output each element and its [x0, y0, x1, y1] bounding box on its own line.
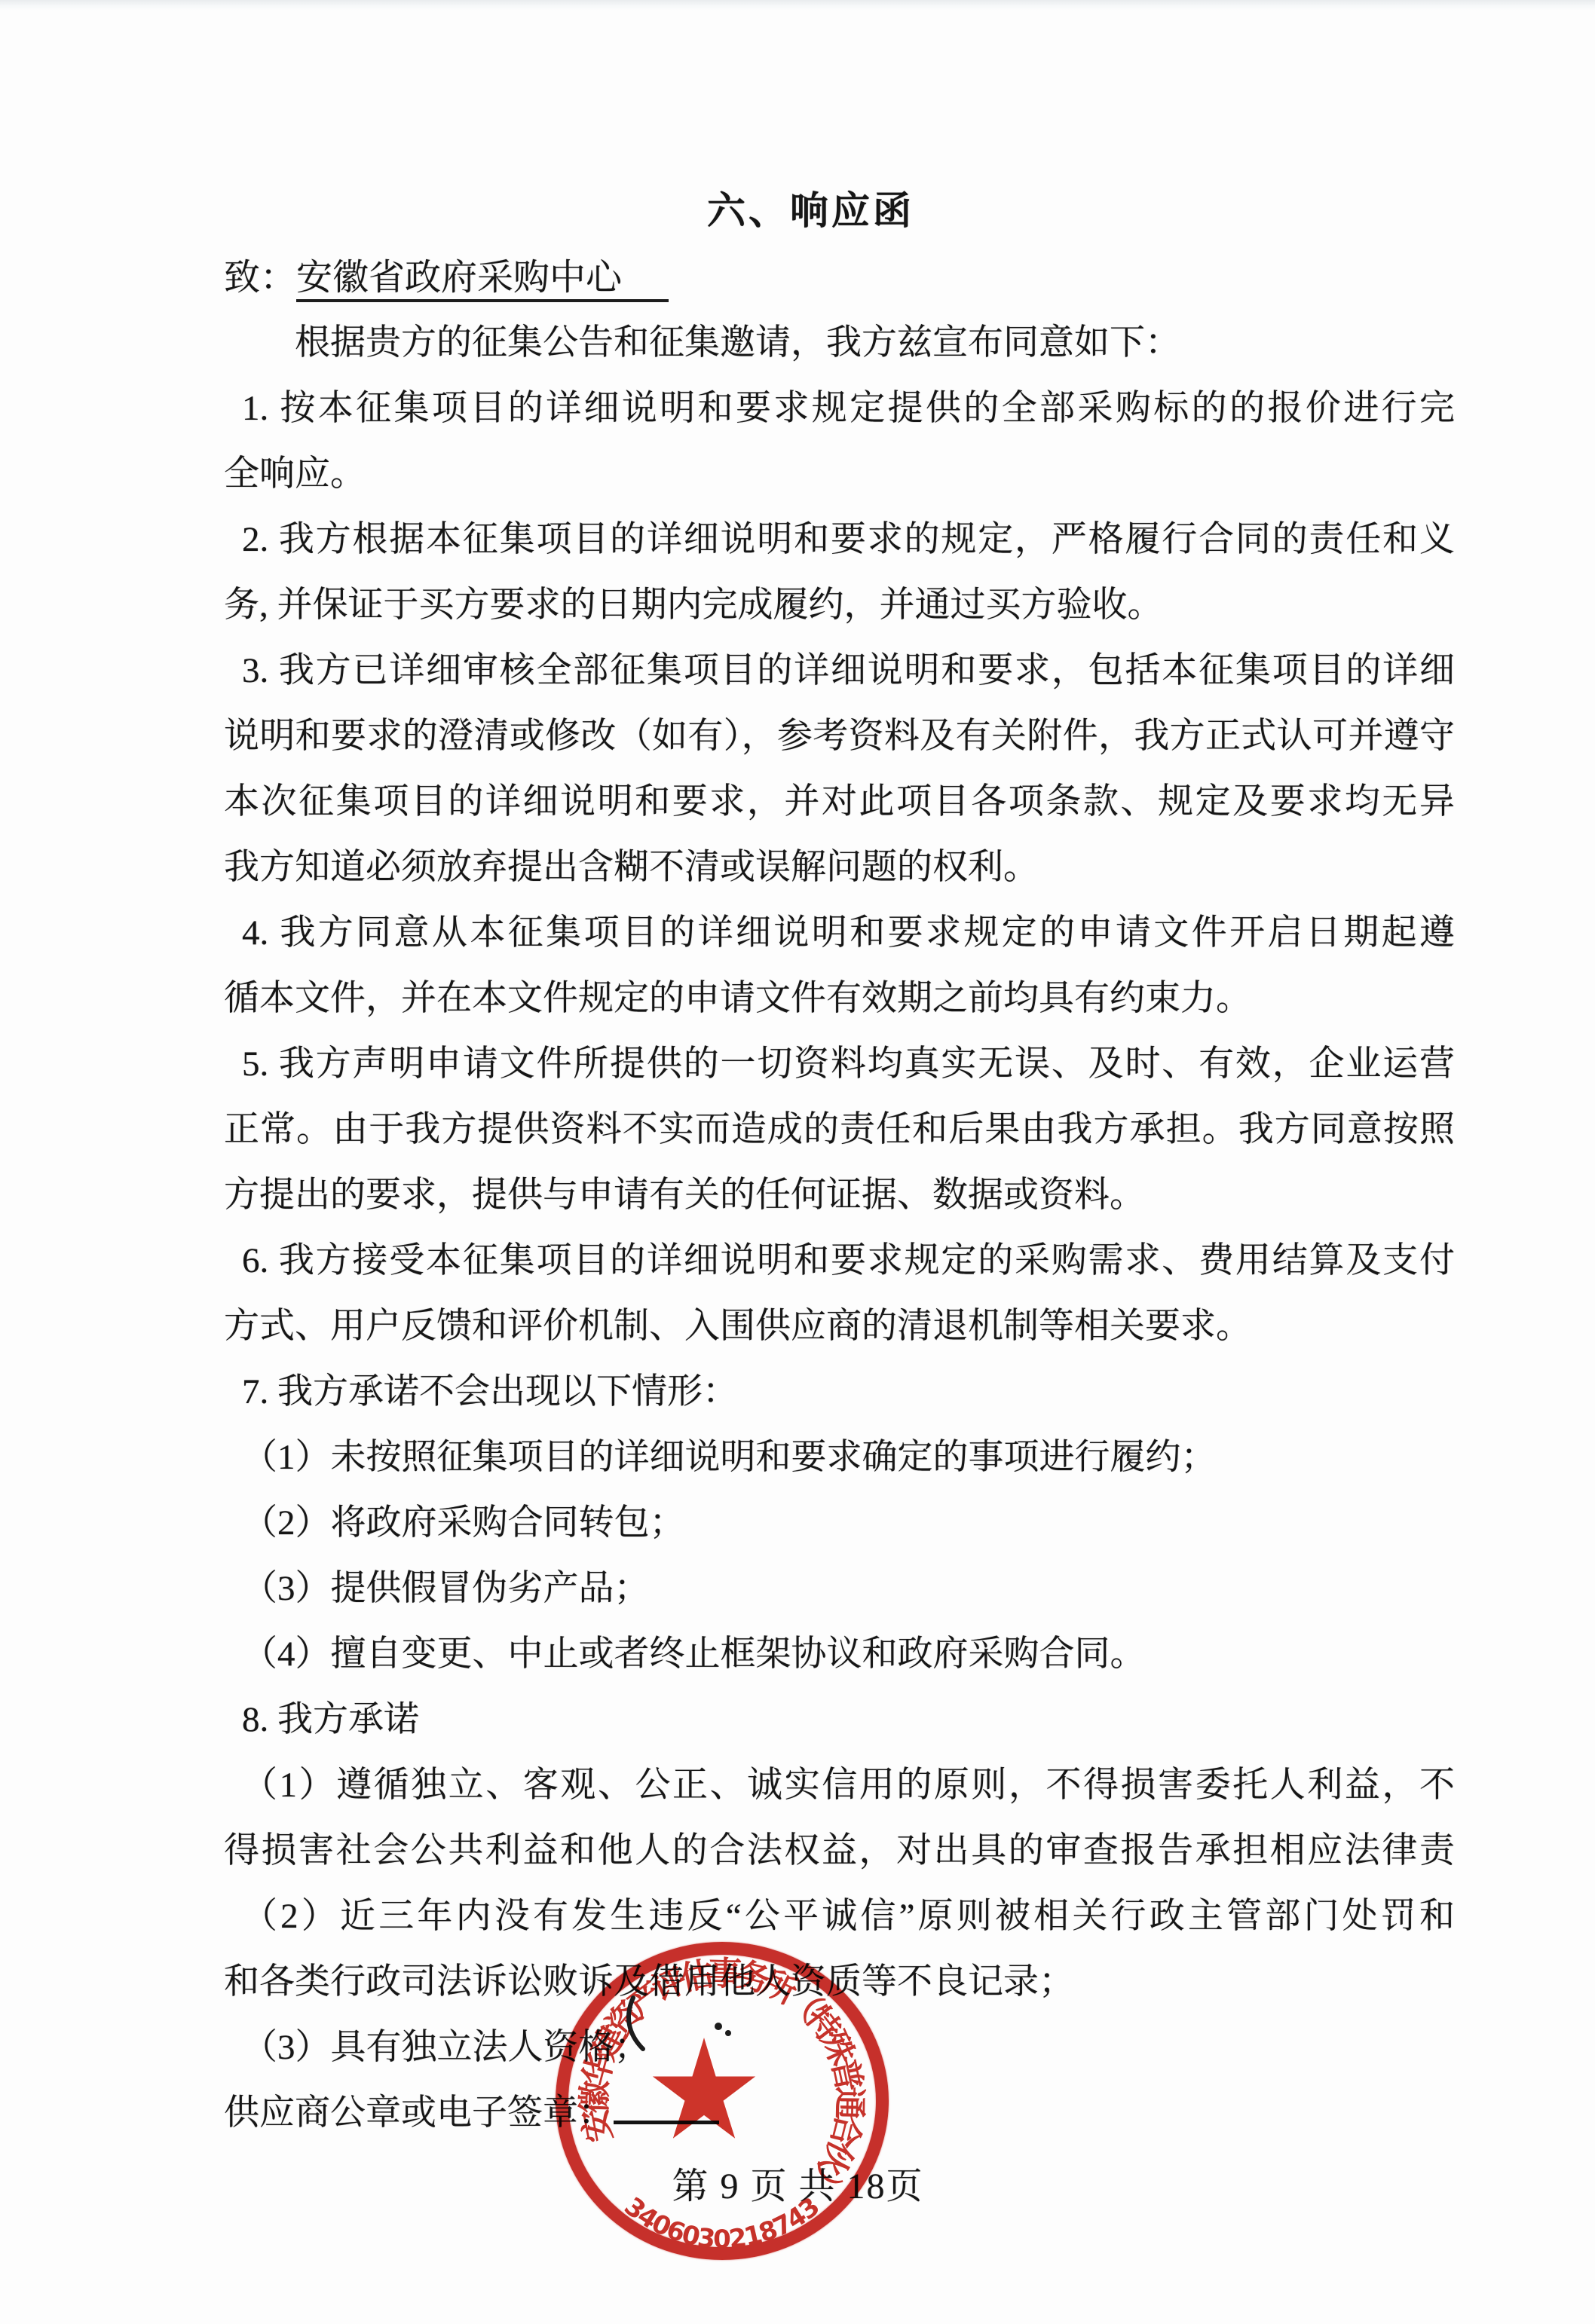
scanned-document-page: { "page": {"width": 2116, "height": 3084…: [0, 0, 1595, 2324]
salutation-target-underlined: 安徽省政府采购中心: [296, 258, 669, 302]
page-title: 六、响应函: [195, 179, 1426, 245]
document-line: 本次征集项目的详细说明和要求，并对此项目各项条款、规定及要求均无异议。: [224, 769, 1455, 835]
scanner-edge-band: [0, 0, 1595, 11]
document-line: 说明和要求的澄清或修改（如有），参考资料及有关附件，我方正式认可并遵守: [224, 704, 1455, 769]
document-line: （3）提供假冒伪劣产品；: [224, 1556, 1455, 1622]
document-line: （2）将政府采购合同转包；: [224, 1491, 1455, 1556]
document-line: 全响应。: [224, 442, 1455, 507]
document-line: 8. 我方承诺: [224, 1687, 1455, 1753]
document-line: 正常。由于我方提供资料不实而造成的责任和后果由我方承担。我方同意按照贵: [224, 1097, 1455, 1163]
document-line: （1）未按照征集项目的详细说明和要求确定的事项进行履约；: [224, 1425, 1455, 1491]
document-line: 得损害社会公共利益和他人的合法权益，对出具的审查报告承担相应法律责任；: [224, 1818, 1455, 1884]
body-paragraph-lines: 根据贵方的征集公告和征集邀请，我方兹宣布同意如下：1. 按本征集项目的详细说明和…: [224, 310, 1455, 2081]
document-line: 循本文件，并在本文件规定的申请文件有效期之前均具有约束力。: [224, 966, 1455, 1032]
document-line: （4）擅自变更、中止或者终止框架协议和政府采购合同。: [224, 1622, 1455, 1687]
document-line: （1）遵循独立、客观、公正、诚实信用的原则，不得损害委托人利益，不: [224, 1753, 1455, 1818]
document-line: 1. 按本征集项目的详细说明和要求规定提供的全部采购标的的报价进行完: [224, 376, 1455, 442]
document-line: 7. 我方承诺不会出现以下情形：: [224, 1359, 1455, 1425]
document-line: 方式、用户反馈和评价机制、入围供应商的清退机制等相关要求。: [224, 1294, 1455, 1359]
document-line: 根据贵方的征集公告和征集邀请，我方兹宣布同意如下：: [224, 310, 1455, 376]
document-line: 务, 并保证于买方要求的日期内完成履约，并通过买方验收。: [224, 573, 1455, 638]
official-seal: 安徽华建资产评估事务所（特殊普通合伙） 3406030218743: [556, 1942, 889, 2260]
salutation-prefix: 致：: [224, 258, 296, 298]
document-line: 方提出的要求，提供与申请有关的任何证据、数据或资料。: [224, 1163, 1455, 1228]
document-line: 3. 我方已详细审核全部征集项目的详细说明和要求，包括本征集项目的详细: [224, 638, 1455, 704]
document-line: 2. 我方根据本征集项目的详细说明和要求的规定，严格履行合同的责任和义: [224, 507, 1455, 573]
salutation-row: 致：安徽省政府采购中心: [224, 245, 1455, 310]
document-line: （2）近三年内没有发生违反“公平诚信”原则被相关行政主管部门处罚和: [224, 1884, 1455, 1949]
document-line: 我方知道必须放弃提出含糊不清或误解问题的权利。: [224, 835, 1455, 901]
document-body: 六、响应函 致：安徽省政府采购中心 根据贵方的征集公告和征集邀请，我方兹宣布同意…: [224, 179, 1455, 2219]
document-line: 5. 我方声明申请文件所提供的一切资料均真实无误、及时、有效，企业运营: [224, 1032, 1455, 1097]
document-line: 4. 我方同意从本征集项目的详细说明和要求规定的申请文件开启日期起遵: [224, 901, 1455, 966]
document-line: 6. 我方接受本征集项目的详细说明和要求规定的采购需求、费用结算及支付: [224, 1228, 1455, 1294]
